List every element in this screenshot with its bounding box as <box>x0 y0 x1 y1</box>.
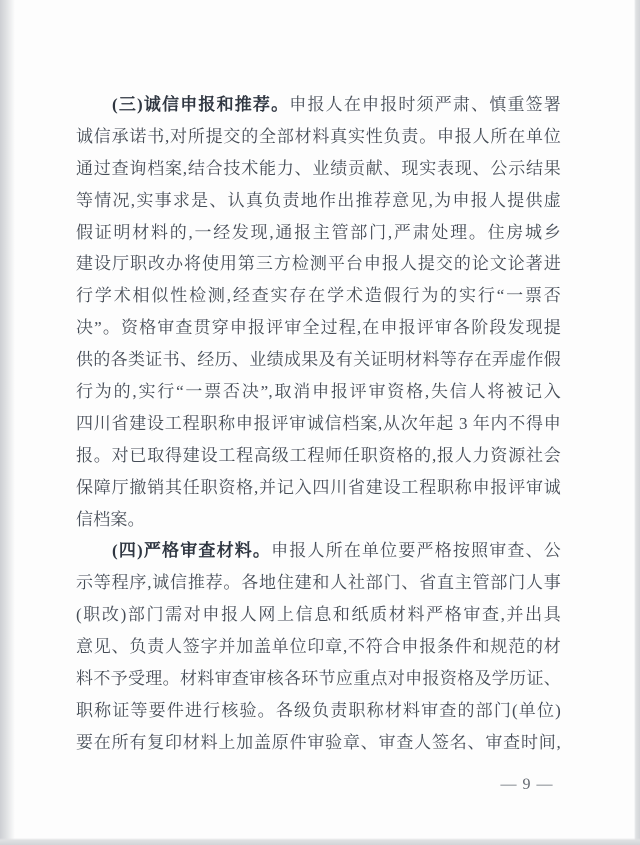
section-3-last-line: 信档案。 <box>76 504 561 536</box>
section-4-first-line-text: 申报人所在单位要严格按照审查、公 <box>271 541 561 560</box>
section-4-heading: (四)严格审查材料。 <box>112 541 271 560</box>
paragraph-section-4: (四)严格审查材料。申报人所在单位要严格按照审查、公 示等程序,诚信推荐。各地住… <box>76 535 561 758</box>
text-line: 保障厅撤销其任职资格,并记入四川省建设工程职称申报评审诚 <box>76 472 561 504</box>
text-line: 意见、负责人签字并加盖单位印章,不符合申报条件和规范的材 <box>76 631 561 663</box>
text-line: 行为的,实行“一票否决”,取消申报评审资格,失信人将被记入 <box>76 376 561 408</box>
text-line: 行学术相似性检测,经查实存在学术造假行为的实行“一票否 <box>76 280 561 312</box>
scan-edge-right <box>634 0 640 845</box>
text-line: 四川省建设工程职称申报评审诚信档案,从次年起 3 年内不得申 <box>76 408 561 440</box>
text-line: 报。对已取得建设工程高级工程师任职资格的,报人力资源社会 <box>76 440 561 472</box>
text-line: 供的各类证书、经历、业绩成果及有关证明材料等存在弄虚作假 <box>76 344 561 376</box>
text-line: 建设厅职改办将使用第三方检测平台申报人提交的论文论著进 <box>76 248 561 280</box>
text-line: 假证明材料的,一经发现,通报主管部门,严肃处理。住房城乡 <box>76 217 561 249</box>
section-4-lines: 示等程序,诚信推荐。各地住建和人社部门、省直主管部门人事(职改)部门需对申报人网… <box>76 567 561 758</box>
text-line: 要在所有复印材料上加盖原件审验章、审查人签名、审查时间, <box>76 727 561 759</box>
text-line: 通过查询档案,结合技术能力、业绩贡献、现实表现、公示结果 <box>76 153 561 185</box>
text-line: 等情况,实事求是、认真负责地作出推荐意见,为申报人提供虚 <box>76 185 561 217</box>
scan-edge-left <box>0 0 15 845</box>
scan-edge-bottom <box>0 838 640 845</box>
page-number: — 9 — <box>492 776 562 794</box>
text-line: 示等程序,诚信推荐。各地住建和人社部门、省直主管部门人事 <box>76 567 561 599</box>
section-3-heading: (三)诚信申报和推荐。 <box>112 95 289 114</box>
text-line: 料不予受理。材料审查审核各环节应重点对申报资格及学历证、 <box>76 663 561 695</box>
section-3-first-line: (三)诚信申报和推荐。申报人在申报时须严肃、慎重签署 <box>76 89 561 121</box>
section-4-first-line: (四)严格审查材料。申报人所在单位要严格按照审查、公 <box>76 535 561 567</box>
section-3-first-line-text: 申报人在申报时须严肃、慎重签署 <box>289 95 561 114</box>
section-3-lines: 诚信承诺书,对所提交的全部材料真实性负责。申报人所在单位通过查询档案,结合技术能… <box>76 121 561 504</box>
document-text-block: (三)诚信申报和推荐。申报人在申报时须严肃、慎重签署 诚信承诺书,对所提交的全部… <box>76 89 561 759</box>
text-line: 诚信承诺书,对所提交的全部材料真实性负责。申报人所在单位 <box>76 121 561 153</box>
text-line: 决”。资格审查贯穿申报评审全过程,在申报评审各阶段发现提 <box>76 312 561 344</box>
text-line: (职改)部门需对申报人网上信息和纸质材料严格审查,并出具 <box>76 599 561 631</box>
paragraph-section-3: (三)诚信申报和推荐。申报人在申报时须严肃、慎重签署 诚信承诺书,对所提交的全部… <box>76 89 561 535</box>
text-line: 职称证等要件进行核验。各级负责职称材料审查的部门(单位) <box>76 695 561 727</box>
